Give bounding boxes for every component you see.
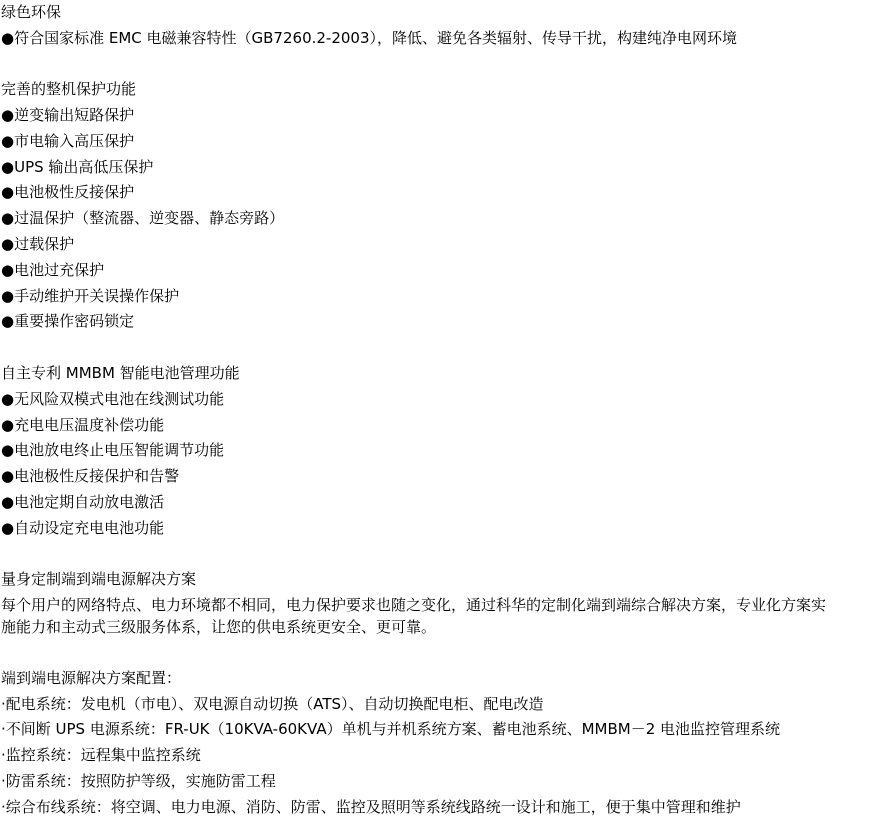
list-item: ●充电电压温度补偿功能: [1, 415, 164, 435]
section-heading-green: 绿色环保: [1, 2, 61, 22]
list-item: ·不间断 UPS 电源系统：FR-UK（10KVA-60KVA）单机与并机系统方…: [1, 719, 780, 739]
list-item: ●手动维护开关误操作保护: [1, 286, 179, 306]
section-heading-config: 端到端电源解决方案配置：: [1, 668, 181, 688]
section-heading-custom: 量身定制端到端电源解决方案: [1, 569, 196, 589]
section-heading-mmbm: 自主专利 MMBM 智能电池管理功能: [1, 363, 240, 383]
list-item: ●电池定期自动放电激活: [1, 492, 164, 512]
list-item: ·监控系统：远程集中监控系统: [1, 745, 201, 765]
list-item: ●重要操作密码锁定: [1, 311, 134, 331]
list-item: ●电池放电终止电压智能调节功能: [1, 440, 224, 460]
list-item: ●过载保护: [1, 234, 74, 254]
list-item: ●无风险双模式电池在线测试功能: [1, 389, 224, 409]
paragraph-line: 每个用户的网络特点、电力环境都不相同，电力保护要求也随之变化，通过科华的定制化端…: [1, 595, 826, 615]
list-item: ●电池过充保护: [1, 260, 104, 280]
section-heading-protection: 完善的整机保护功能: [1, 79, 136, 99]
list-item: ●自动设定充电电池功能: [1, 518, 164, 538]
list-item: ●电池极性反接保护: [1, 182, 134, 202]
list-item-emc: ●符合国家标准 EMC 电磁兼容特性（GB7260.2-2003），降低、避免各…: [1, 28, 737, 48]
paragraph-line: 施能力和主动式三级服务体系，让您的供电系统更安全、更可靠。: [1, 617, 436, 637]
list-item: ·综合布线系统：将空调、电力电源、消防、防雷、监控及照明等系统线路统一设计和施工…: [1, 797, 741, 817]
list-item: ·防雷系统：按照防护等级，实施防雷工程: [1, 771, 276, 791]
list-item: ●过温保护（整流器、逆变器、静态旁路）: [1, 208, 284, 228]
list-item: ·配电系统：发电机（市电）、双电源自动切换（ATS）、自动切换配电柜、配电改造: [1, 694, 544, 714]
list-item: ●UPS 输出高低压保护: [1, 157, 153, 177]
list-item: ●电池极性反接保护和告警: [1, 466, 179, 486]
list-item: ●市电输入高压保护: [1, 131, 134, 151]
list-item: ●逆变输出短路保护: [1, 105, 134, 125]
